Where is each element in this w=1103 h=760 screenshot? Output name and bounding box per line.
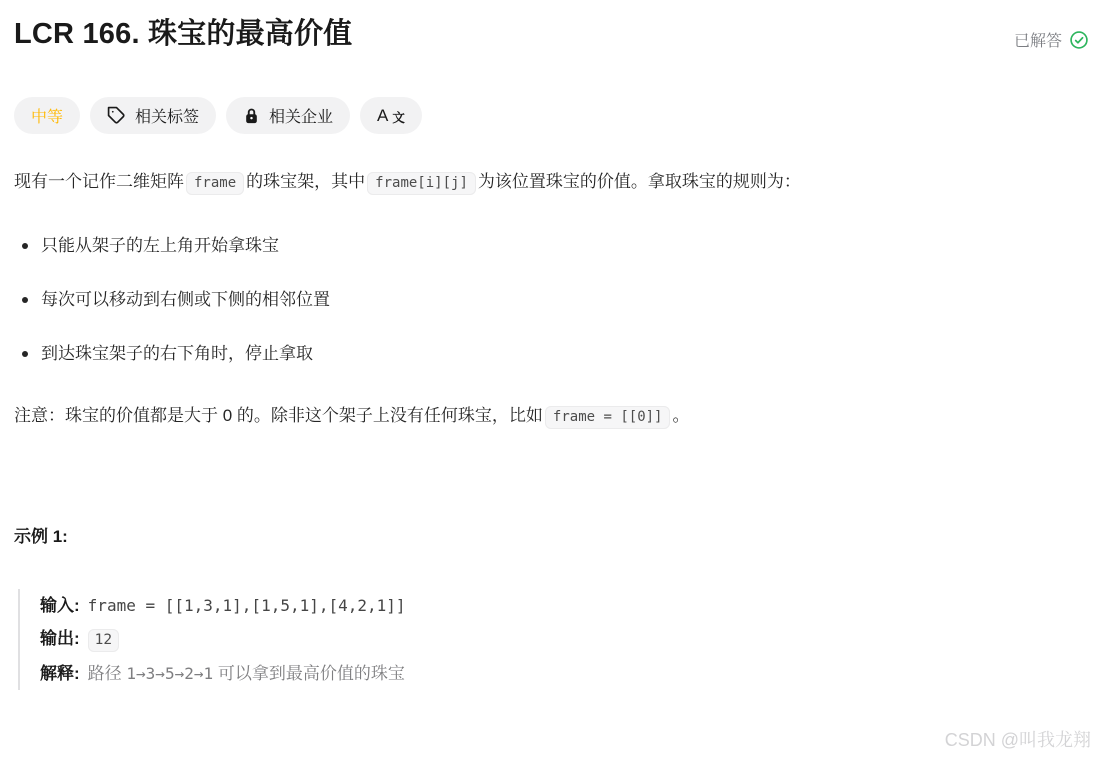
description-intro: 现有一个记作二维矩阵frame的珠宝架，其中frame[i][j]为该位置珠宝的… (14, 168, 1089, 197)
related-tags-label: 相关标签 (135, 104, 199, 127)
intro-text-2: 的珠宝架，其中 (246, 172, 365, 191)
rule-item-1: 只能从架子的左上角开始拿珠宝 (14, 233, 1089, 259)
problem-id: LCR 166. (14, 18, 140, 50)
description-note: 注意：珠宝的价值都是大于 0 的。除非这个架子上没有任何珠宝，比如frame =… (14, 402, 1089, 431)
example-input-line: 输入:frame = [[1,3,1],[1,5,1],[4,2,1]] (40, 589, 1089, 622)
inline-code-frame-ij: frame[i][j] (367, 172, 476, 195)
rule-item-2: 每次可以移动到右侧或下侧的相邻位置 (14, 287, 1089, 313)
intro-text-3: 为该位置珠宝的价值。拿取珠宝的规则为： (478, 172, 801, 191)
explanation-suffix: 可以拿到最高价值的珠宝 (218, 664, 405, 683)
translate-button[interactable]: A 文 (360, 97, 422, 134)
explanation-prefix: 路径 (88, 664, 122, 683)
note-text-1: 注意：珠宝的价值都是大于 0 的。除非这个架子上没有任何珠宝，比如 (14, 406, 543, 425)
translate-icon-wen: 文 (392, 108, 405, 126)
solved-check-icon (1069, 30, 1089, 50)
rule-item-3: 到达珠宝架子的右下角时，停止拿取 (14, 341, 1089, 367)
csdn-watermark: CSDN @叫我龙翔 (945, 726, 1091, 752)
note-text-2: 。 (672, 406, 689, 425)
example-block: 输入:frame = [[1,3,1],[1,5,1],[4,2,1]] 输出:… (18, 589, 1089, 690)
explanation-path: 1→3→5→2→1 (126, 664, 213, 683)
difficulty-badge: 中等 (14, 97, 80, 134)
intro-text-1: 现有一个记作二维矩阵 (14, 172, 184, 191)
page-title: LCR 166. 珠宝的最高价值 (14, 16, 352, 52)
output-value: 12 (88, 629, 119, 652)
solved-label: 已解答 (1014, 28, 1062, 51)
badge-row: 中等 相关标签 相关企业 A 文 (14, 97, 1089, 134)
input-value: frame = [[1,3,1],[1,5,1],[4,2,1]] (88, 596, 406, 615)
problem-name: 珠宝的最高价值 (148, 18, 352, 50)
tag-icon (107, 106, 126, 125)
lock-icon (243, 107, 260, 125)
input-label: 输入: (40, 596, 80, 615)
related-tags-button[interactable]: 相关标签 (90, 97, 216, 134)
example-output-line: 输出:12 (40, 622, 1089, 657)
solved-status: 已解答 (1014, 28, 1089, 51)
related-companies-label: 相关企业 (269, 104, 333, 127)
inline-code-frame-0: frame = [[0]] (545, 406, 671, 429)
related-companies-button[interactable]: 相关企业 (226, 97, 350, 134)
example-heading: 示例 1: (14, 522, 1089, 547)
translate-icon: A (377, 106, 388, 126)
problem-page: LCR 166. 珠宝的最高价值 已解答 中等 相关标签 (0, 0, 1103, 760)
example-explanation-line: 解释:路径 1→3→5→2→1 可以拿到最高价值的珠宝 (40, 657, 1089, 690)
problem-header: LCR 166. 珠宝的最高价值 已解答 (14, 16, 1089, 52)
output-label: 输出: (40, 629, 80, 648)
inline-code-frame: frame (186, 172, 244, 195)
explanation-label: 解释: (40, 664, 80, 683)
rules-list: 只能从架子的左上角开始拿珠宝 每次可以移动到右侧或下侧的相邻位置 到达珠宝架子的… (14, 233, 1089, 367)
